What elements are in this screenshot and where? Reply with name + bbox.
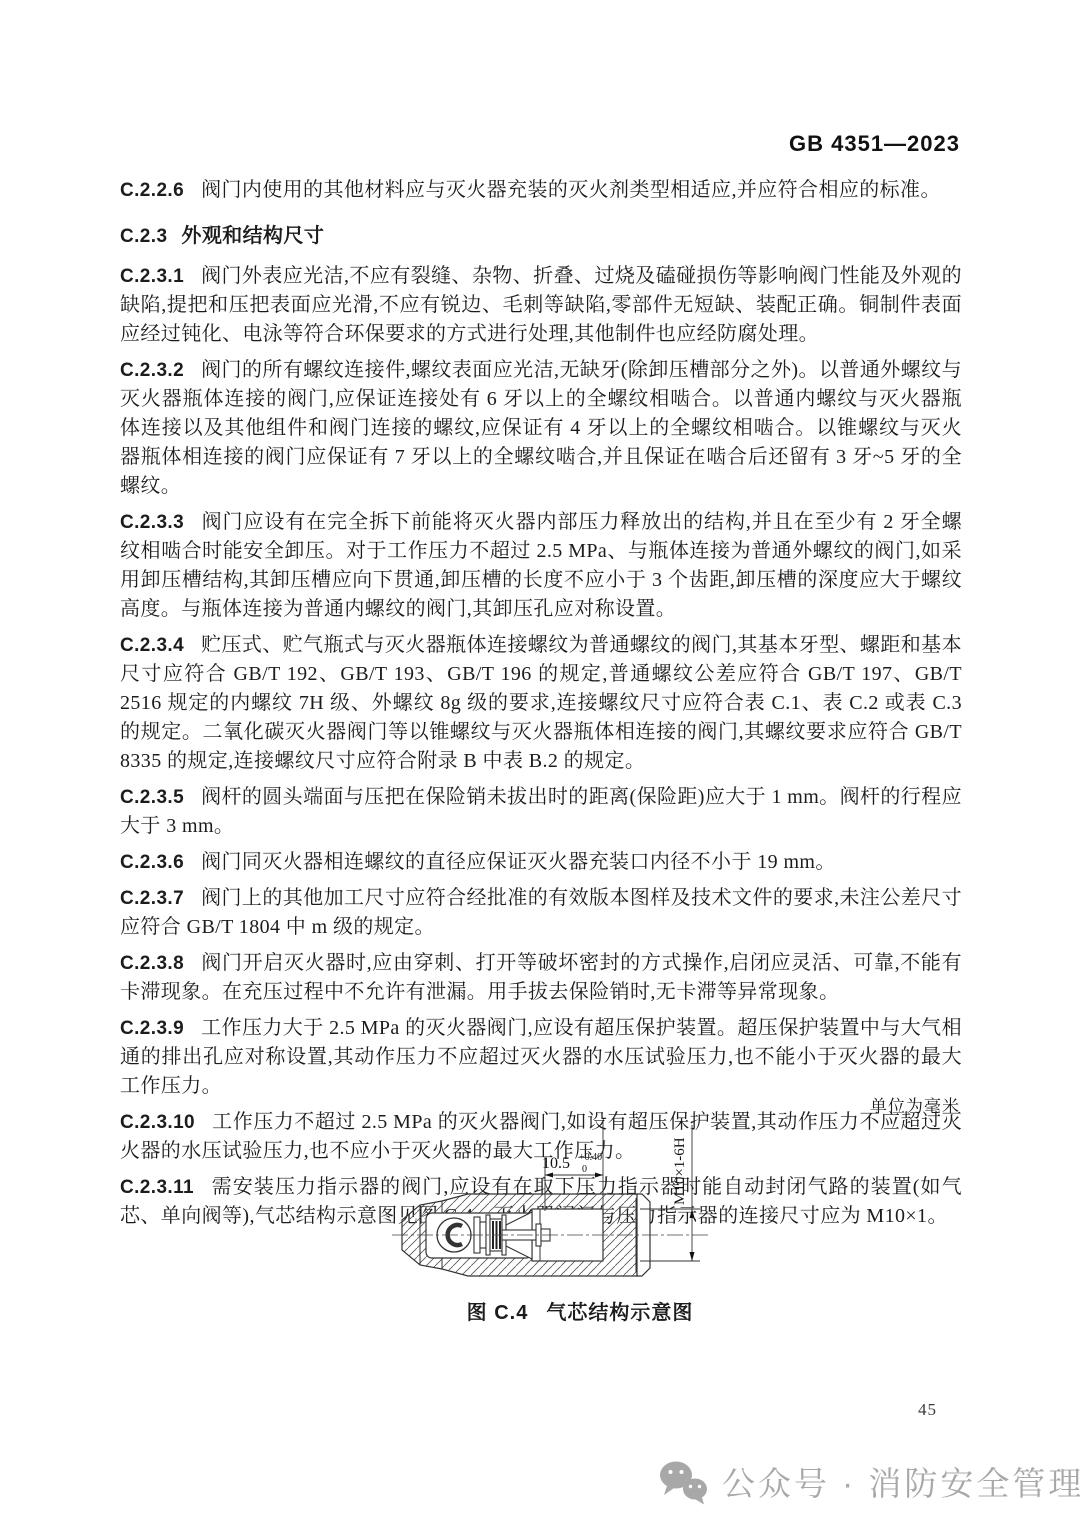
- clause-text: 工作压力大于 2.5 MPa 的灭火器阀门,应设有超压保护装置。超压保护装置中与…: [120, 1017, 962, 1097]
- clause-paragraph: C.2.3.8阀门开启灭火器时,应由穿刺、打开等破坏密封的方式操作,启闭应灵活、…: [120, 949, 962, 1007]
- technical-drawing: 10.5 +0.40 0 M10×1-6H: [390, 1113, 750, 1313]
- clause-label: C.2.3.10: [120, 1112, 212, 1133]
- clause-label: C.2.3.11: [120, 1177, 211, 1198]
- clause-paragraph: C.2.2.6阀门内使用的其他材料应与灭火器充装的灭火剂类型相适应,并应符合相应…: [120, 176, 962, 205]
- svg-text:0: 0: [582, 1164, 587, 1175]
- clause-paragraph: C.2.3.2阀门的所有螺纹连接件,螺纹表面应光洁,无缺牙(除卸压槽部分之外)。…: [120, 356, 962, 501]
- clause-paragraph: C.2.3.6阀门同灭火器相连螺纹的直径应保证灭火器充装口内径不小于 19 mm…: [120, 848, 962, 877]
- clause-label: C.2.3.5: [120, 787, 201, 808]
- clause-paragraph: C.2.3.9工作压力大于 2.5 MPa 的灭火器阀门,应设有超压保护装置。超…: [120, 1014, 962, 1101]
- wechat-icon: [658, 1459, 710, 1505]
- body-text: C.2.2.6阀门内使用的其他材料应与灭火器充装的灭火剂类型相适应,并应符合相应…: [120, 176, 962, 1238]
- clause-label: C.2.3.1: [120, 266, 201, 287]
- clause-label: C.2.3.2: [120, 360, 201, 381]
- figure-caption: 图 C.4气芯结构示意图: [120, 1296, 1040, 1325]
- clause-label: C.2.3.7: [120, 888, 201, 909]
- clause-label: C.2.3.8: [120, 953, 201, 974]
- clause-label: C.2.3.6: [120, 852, 201, 873]
- clause-label: C.2.3: [120, 226, 181, 247]
- clause-paragraph: C.2.3.3阀门应设有在完全拆下前能将灭火器内部压力释放出的结构,并且在至少有…: [120, 508, 962, 624]
- clause-text: 阀门内使用的其他材料应与灭火器充装的灭火剂类型相适应,并应符合相应的标准。: [201, 179, 941, 201]
- clause-label: C.2.3.9: [120, 1018, 201, 1039]
- watermark: 公众号 · 消防安全管理员: [658, 1458, 1080, 1505]
- clause-text: 阀门上的其他加工尺寸应符合经批准的有效版本图样及技术文件的要求,未注公差尺寸应符…: [120, 887, 962, 938]
- clause-paragraph: C.2.3.4贮压式、贮气瓶式与灭火器瓶体连接螺纹为普通螺纹的阀门,其基本牙型、…: [120, 631, 962, 776]
- clause-paragraph: C.2.3.1阀门外表应光洁,不应有裂缝、杂物、折叠、过烧及磕碰损伤等影响阀门性…: [120, 262, 962, 349]
- clause-text: 阀门的所有螺纹连接件,螺纹表面应光洁,无缺牙(除卸压槽部分之外)。以普通外螺纹与…: [120, 359, 962, 497]
- figure-caption-text: 气芯结构示意图: [546, 1302, 693, 1324]
- clause-text: 阀门应设有在完全拆下前能将灭火器内部压力释放出的结构,并且在至少有 2 牙全螺纹…: [120, 511, 962, 620]
- figure-caption-label: 图 C.4: [467, 1302, 529, 1324]
- svg-text:+0.40: +0.40: [579, 1152, 602, 1163]
- clause-paragraph: C.2.3.5阀杆的圆头端面与压把在保险销未拔出时的距离(保险距)应大于 1 m…: [120, 783, 962, 841]
- standard-number-header: GB 4351—2023: [789, 131, 960, 157]
- clause-text: 阀门同灭火器相连螺纹的直径应保证灭火器充装口内径不小于 19 mm。: [201, 851, 836, 873]
- clause-label: C.2.3.4: [120, 635, 201, 656]
- clause-text: 阀门开启灭火器时,应由穿刺、打开等破坏密封的方式操作,启闭应灵活、可靠,不能有卡…: [120, 952, 962, 1003]
- document-page: GB 4351—2023 C.2.2.6阀门内使用的其他材料应与灭火器充装的灭火…: [0, 0, 1080, 1527]
- svg-text:10.5: 10.5: [542, 1155, 570, 1172]
- clause-paragraph: C.2.3.7阀门上的其他加工尺寸应符合经批准的有效版本图样及技术文件的要求,未…: [120, 884, 962, 942]
- units-note: 单位为毫米: [870, 1092, 960, 1117]
- thread-label: M10×1-6H: [672, 1137, 688, 1205]
- clause-text: 贮压式、贮气瓶式与灭火器瓶体连接螺纹为普通螺纹的阀门,其基本牙型、螺距和基本尺寸…: [120, 634, 962, 772]
- page-number: 45: [918, 1400, 937, 1420]
- clause-text: 阀杆的圆头端面与压把在保险销未拔出时的距离(保险距)应大于 1 mm。阀杆的行程…: [120, 786, 962, 837]
- figure-valve-core-drawing: 10.5 +0.40 0 M10×1-6H: [390, 1113, 750, 1313]
- clause-label: C.2.3.3: [120, 512, 201, 533]
- clause-text: 外观和结构尺寸: [181, 225, 324, 247]
- watermark-text: 公众号 · 消防安全管理员: [722, 1458, 1080, 1505]
- clause-text: 阀门外表应光洁,不应有裂缝、杂物、折叠、过烧及磕碰损伤等影响阀门性能及外观的缺陷…: [120, 265, 962, 345]
- clause-label: C.2.2.6: [120, 180, 201, 201]
- section-heading: C.2.3外观和结构尺寸: [120, 222, 962, 251]
